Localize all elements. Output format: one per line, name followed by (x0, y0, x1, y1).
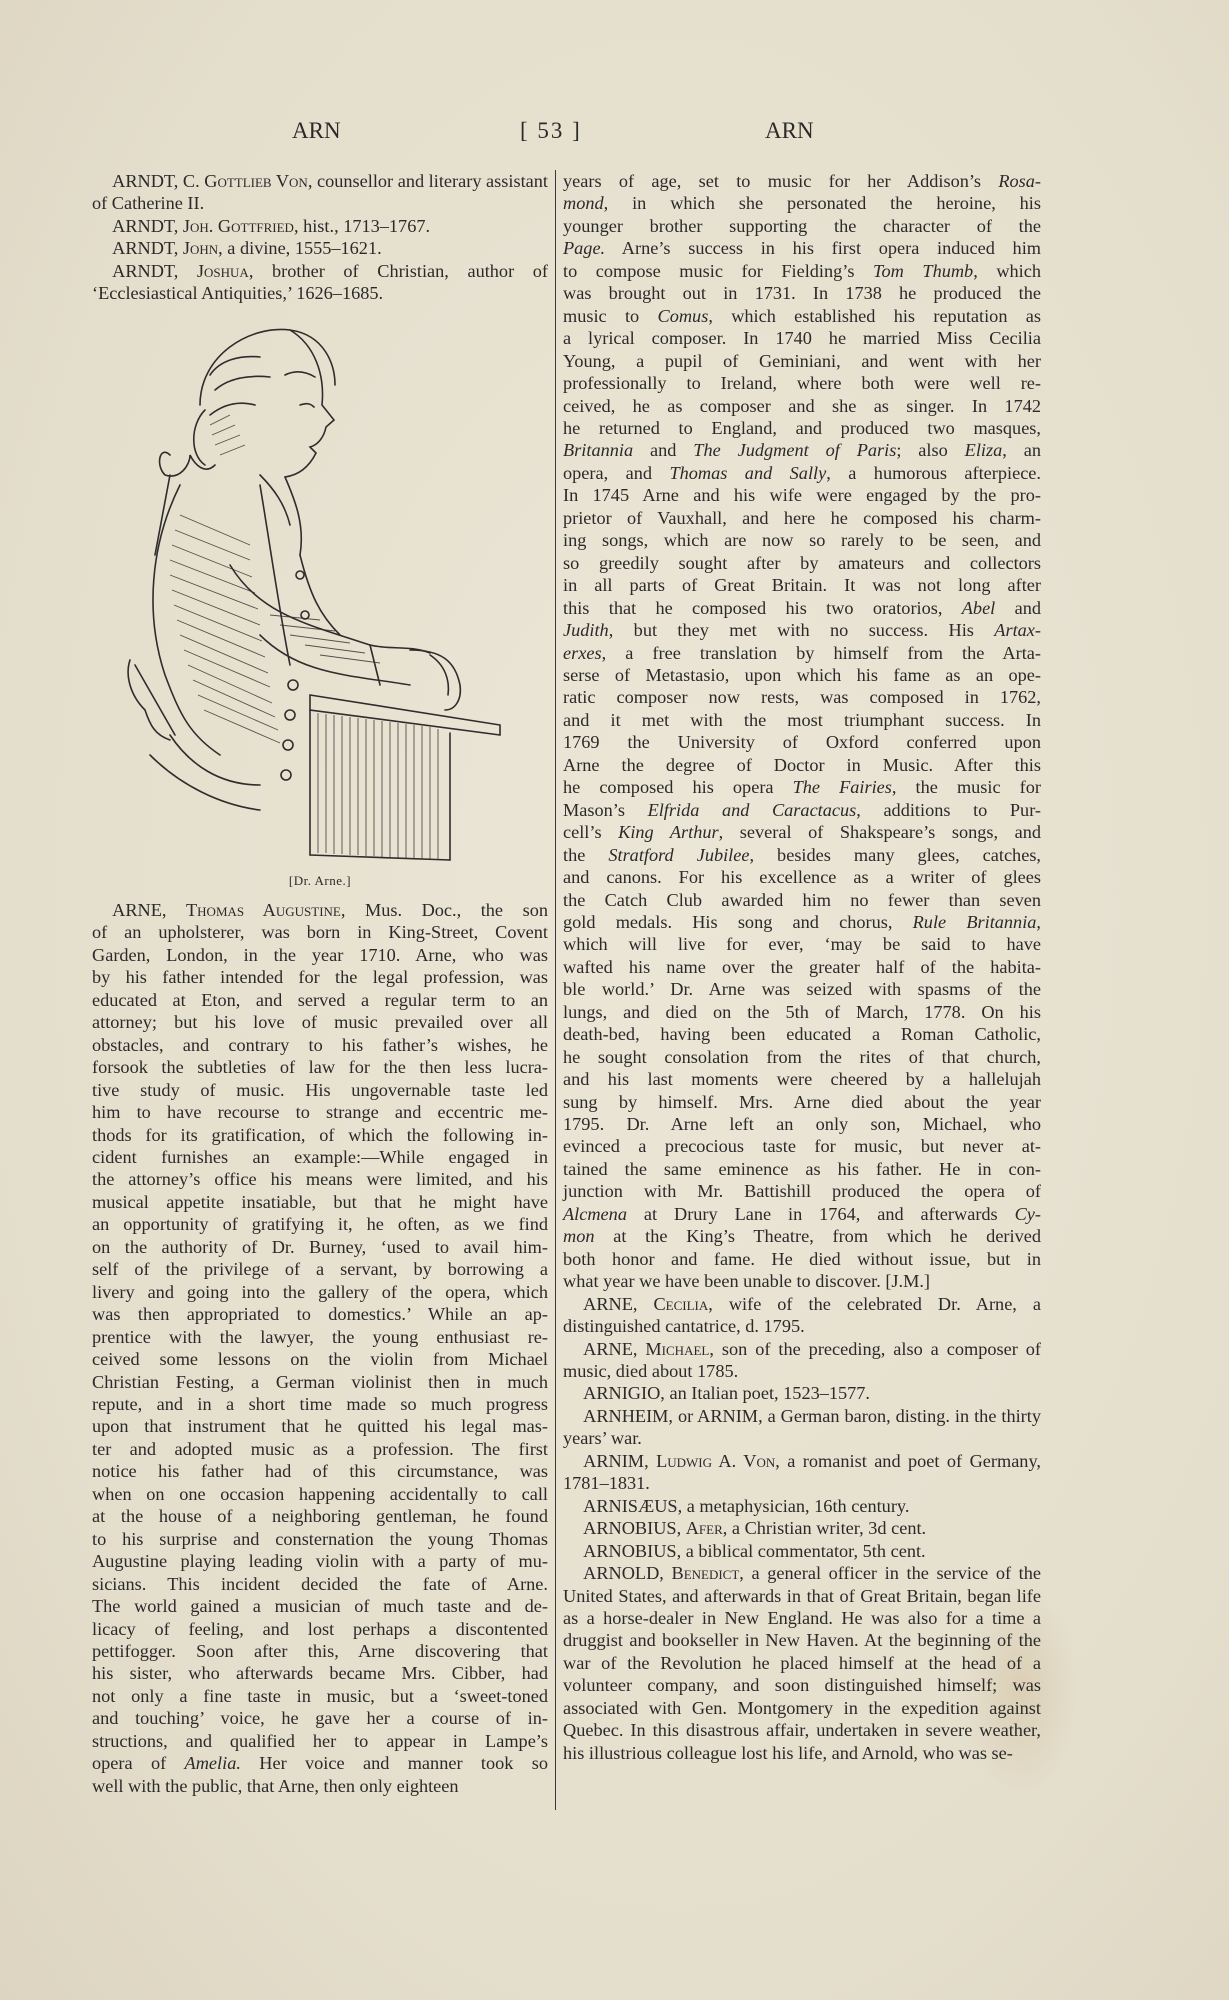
entry-text: death-bed, having been educated a Roman … (563, 1024, 1041, 1044)
entry-text: , several of Shakspeare’s songs, and (719, 822, 1041, 842)
entry-text: Young, a pupil of Geminiani, and went wi… (563, 351, 1041, 371)
entry-text: a divine, 1555–1621. (223, 238, 382, 258)
entry-text: Arne’s success in his first opera induce… (605, 238, 1041, 258)
text-line: when on one occasion happening accidenta… (92, 1483, 548, 1505)
text-line: well with the public, that Arne, then on… (92, 1775, 548, 1797)
text-line: which will live for ever, ‘may be said t… (563, 933, 1041, 955)
italic-title: Amelia. (185, 1753, 241, 1773)
text-line: was brought out in 1731. In 1738 he prod… (563, 282, 1041, 304)
text-line: ARNE, Thomas Augustine, Mus. Doc., the s… (92, 899, 548, 921)
text-line: ble world.’ Dr. Arne was seized with spa… (563, 978, 1041, 1000)
entry-text: ing songs, which are now so rarely to be… (563, 530, 1041, 550)
entry-text: , which (973, 261, 1041, 281)
entry-text: was brought out in 1731. In 1738 he prod… (563, 283, 1041, 303)
text-line: sung by himself. Mrs. Arne died about th… (563, 1091, 1041, 1113)
entry-text: ter and adopted music as a profession. T… (92, 1439, 548, 1459)
entry-text: forsook the subtleties of law for the th… (92, 1057, 548, 1077)
text-line: The world gained a musician of much tast… (92, 1595, 548, 1617)
entry-text: , in which she personated the heroine, h… (604, 193, 1041, 213)
entry-text: music to (563, 306, 658, 326)
entry-text: to compose music for Fielding’s (563, 261, 873, 281)
entry-text: the Catch Club awarded him no fewer than… (563, 890, 1041, 910)
entry-text: sicians. This incident decided the fate … (92, 1574, 548, 1594)
entry-text: sung by himself. Mrs. Arne died about th… (563, 1092, 1041, 1112)
entry-name: C. Gottlieb Von, (183, 171, 313, 191)
italic-title: mon (563, 1226, 594, 1246)
entry-text: ; also (896, 440, 964, 460)
italic-title: Elfrida and Caractacus (648, 800, 857, 820)
entry-text: notice his father had of this circumstan… (92, 1461, 548, 1481)
entry-headword: ARNE, (583, 1339, 645, 1359)
text-line: Augustine playing leading violin with a … (92, 1550, 548, 1572)
text-line: junction with Mr. Battishill produced th… (563, 1180, 1041, 1202)
dictionary-entry: ARNOBIUS, a biblical commentator, 5th ce… (563, 1540, 1041, 1562)
text-line: younger brother supporting the character… (563, 215, 1041, 237)
entry-text: ceived some lessons on the violin from M… (92, 1349, 548, 1369)
entry-text: Mus. Doc., the son (345, 900, 548, 920)
text-line: mon at the King’s Theatre, from which he… (563, 1225, 1041, 1247)
italic-title: Eliza (965, 440, 1003, 460)
text-line: Judith, but they met with no success. Hi… (563, 619, 1041, 641)
entry-text: and it met with the most triumphant succ… (563, 710, 1041, 730)
entry-text: well with the public, that Arne, then on… (92, 1776, 459, 1796)
entry-text: 1795. Dr. Arne left an only son, Michael… (563, 1114, 1041, 1134)
text-line: and canons. For his excellence as a writ… (563, 866, 1041, 888)
text-line: he composed his opera The Fairies, the m… (563, 776, 1041, 798)
text-line: was then appropriated to domestics.’ Whi… (92, 1303, 548, 1325)
entry-text: was then appropriated to domestics.’ Whi… (92, 1304, 548, 1324)
text-line: ceived some lessons on the violin from M… (92, 1348, 548, 1370)
text-line: Page. Arne’s success in his first opera … (563, 237, 1041, 259)
entry-text: , which established his reputation as (708, 306, 1041, 326)
entry-headword: ARNDT, (112, 216, 183, 236)
entry-text: he composed his opera (563, 777, 793, 797)
text-line: livery and going into the gallery of the… (92, 1281, 548, 1303)
text-line: evinced a precocious taste for music, bu… (563, 1135, 1041, 1157)
entry-text: younger brother supporting the character… (563, 216, 1041, 236)
italic-title: Britannia (563, 440, 633, 460)
italic-title: Thomas and Sally (669, 463, 826, 483)
entry-text: junction with Mr. Battishill produced th… (563, 1181, 1041, 1201)
dictionary-entry: ARNIGIO, an Italian poet, 1523–1577. (563, 1382, 1041, 1404)
text-line: both honor and fame. He died without iss… (563, 1248, 1041, 1270)
text-line: Christian Festing, a German violinist th… (92, 1371, 548, 1393)
entry-text: the attorney’s office his means were lim… (92, 1169, 548, 1189)
entry-headword: ARNISÆUS, (583, 1496, 687, 1516)
text-line: the Catch Club awarded him no fewer than… (563, 889, 1041, 911)
entry-text: opera of (92, 1753, 185, 1773)
entry-name: Ludwig A. Von, (656, 1451, 780, 1471)
entry-text: him to have recourse to strange and ecce… (92, 1102, 548, 1122)
entry-text: pettifogger. Soon after this, Arne disco… (92, 1641, 548, 1661)
page: ARN [ 53 ] ARN ARNDT, C. Gottlieb Von, c… (0, 0, 1229, 2000)
entry-headword: ARNDT, (112, 171, 183, 191)
entry-text: and (995, 598, 1041, 618)
entry-text: years of age, set to music for her Addis… (563, 171, 998, 191)
entry-headword: ARNIGIO, (583, 1383, 669, 1403)
entry-text: , a free translation by himself from the… (602, 643, 1041, 663)
entry-text: evinced a precocious taste for music, bu… (563, 1136, 1041, 1156)
right-column: years of age, set to music for her Addis… (563, 170, 1041, 1764)
text-line: he sought consolation from the rites of … (563, 1046, 1041, 1068)
entry-text: tive study of music. His ungovernable ta… (92, 1080, 548, 1100)
text-line: in all parts of Great Britain. It was no… (563, 574, 1041, 596)
text-line: tained the same eminence as his father. … (563, 1158, 1041, 1180)
text-line: wafted his name over the greater half of… (563, 956, 1041, 978)
dictionary-entry: ARNE, Michael, son of the preceding, als… (563, 1338, 1041, 1383)
text-line: the Stratford Jubilee, besides many glee… (563, 844, 1041, 866)
italic-title: mond (563, 193, 604, 213)
entry-text: he sought consolation from the rites of … (563, 1047, 1041, 1067)
entry-text: structions, and qualified her to appear … (92, 1731, 548, 1751)
text-line: ing songs, which are now so rarely to be… (563, 529, 1041, 551)
entry-text: cell’s (563, 822, 618, 842)
entry-text: Christian Festing, a German violinist th… (92, 1372, 548, 1392)
entry-text: an opportunity of gratifying it, he ofte… (92, 1214, 548, 1234)
text-line: his sister, who afterwards became Mrs. C… (92, 1662, 548, 1684)
entry-text: this that he composed his two oratorios, (563, 598, 962, 618)
entry-name: Thomas Augustine, (186, 900, 345, 920)
text-line: him to have recourse to strange and ecce… (92, 1101, 548, 1123)
dictionary-entry: ARNIM, Ludwig A. Von, a romanist and poe… (563, 1450, 1041, 1495)
entry-text: musical appetite insatiable, but that he… (92, 1192, 548, 1212)
entry-name: Michael, (645, 1339, 713, 1359)
entry-name: Benedict, (672, 1563, 744, 1583)
italic-title: Artax- (994, 620, 1041, 640)
text-line: death-bed, having been educated a Roman … (563, 1023, 1041, 1045)
text-line: music to Comus, which established his re… (563, 305, 1041, 327)
text-line: not only a fine taste in music, but a ‘s… (92, 1685, 548, 1707)
entry-text: Her voice and manner took so (241, 1753, 548, 1773)
text-line: Britannia and The Judgment of Paris; als… (563, 439, 1041, 461)
entry-text: prietor of Vauxhall, and here he compose… (563, 508, 1041, 528)
text-line: In 1745 Arne and his wife were engaged b… (563, 484, 1041, 506)
entry-text: what year we have been unable to discove… (563, 1271, 930, 1291)
italic-title: erxes (563, 643, 602, 663)
text-line: educated at Eton, and served a regular t… (92, 989, 548, 1011)
entry-text: not only a fine taste in music, but a ‘s… (92, 1686, 548, 1706)
entry-text: ceived, he as composer and she as singer… (563, 396, 1041, 416)
entry-text: so greedily sought after by amateurs and… (563, 553, 1041, 573)
text-line: what year we have been unable to discove… (563, 1270, 1041, 1292)
entry-text: the (563, 845, 608, 865)
text-line: 1769 the University of Oxford conferred … (563, 731, 1041, 753)
dictionary-entry: ARNDT, John, a divine, 1555–1621. (92, 237, 548, 259)
portrait-engraving-icon (110, 315, 510, 875)
entry-text: tained the same eminence as his father. … (563, 1159, 1041, 1179)
entry-text: a general officer in the service of the … (563, 1563, 1041, 1763)
entry-name: Joh. Gottfried, (183, 216, 299, 236)
italic-title: Page. (563, 238, 605, 258)
entry-text: educated at Eton, and served a regular t… (92, 990, 548, 1010)
entry-headword: ARNHEIM, or ARNIM, (583, 1406, 767, 1426)
entry-text: an Italian poet, 1523–1577. (669, 1383, 870, 1403)
italic-title: The Fairies (793, 777, 892, 797)
entry-headword: ARNOBIUS, (583, 1518, 686, 1538)
entry-text: Garden, London, in the year 1710. Arne, … (92, 945, 548, 965)
entry-text: professionally to Ireland, where both we… (563, 373, 1041, 393)
text-line: attorney; but his love of music prevaile… (92, 1011, 548, 1033)
entry-text: cident furnishes an example:—While engag… (92, 1147, 548, 1167)
italic-title: The Judgment of Paris (693, 440, 896, 460)
text-line: gold medals. His song and chorus, Rule B… (563, 911, 1041, 933)
entry-text: a metaphysician, 16th century. (687, 1496, 910, 1516)
dictionary-entry: ARNOLD, Benedict, a general officer in t… (563, 1562, 1041, 1764)
text-line: obstacles, and contrary to his father’s … (92, 1034, 548, 1056)
text-line: Young, a pupil of Geminiani, and went wi… (563, 350, 1041, 372)
entry-text: his sister, who afterwards became Mrs. C… (92, 1663, 548, 1683)
entry-text: on the authority of Dr. Burney, ‘used to… (92, 1237, 548, 1257)
text-line: Garden, London, in the year 1710. Arne, … (92, 944, 548, 966)
entry-text: , additions to Pur- (856, 800, 1041, 820)
entry-text: by his father intended for the legal pro… (92, 967, 548, 987)
entry-text: a Christian writer, 3d cent. (727, 1518, 926, 1538)
entry-text: hist., 1713–1767. (299, 216, 431, 236)
text-line: cell’s King Arthur, several of Shakspear… (563, 821, 1041, 843)
entry-text: licacy of feeling, and lost perhaps a di… (92, 1619, 548, 1639)
column-divider (555, 170, 556, 1810)
dictionary-entry: ARNOBIUS, Afer, a Christian writer, 3d c… (563, 1517, 1041, 1539)
entry-headword: ARNOBIUS, (583, 1541, 686, 1561)
entry-text: , an (1002, 440, 1041, 460)
entry-text: wafted his name over the greater half of… (563, 957, 1041, 977)
entry-text: Mason’s (563, 800, 648, 820)
text-line: professionally to Ireland, where both we… (563, 372, 1041, 394)
text-line: a lyrical composer. In 1740 he married M… (563, 327, 1041, 349)
text-line: erxes, a free translation by himself fro… (563, 642, 1041, 664)
entry-text: and (633, 440, 693, 460)
italic-title: Abel (962, 598, 996, 618)
text-line: notice his father had of this circumstan… (92, 1460, 548, 1482)
entry-text: in all parts of Great Britain. It was no… (563, 575, 1041, 595)
text-line: by his father intended for the legal pro… (92, 966, 548, 988)
entry-text: self of the privilege of a servant, by b… (92, 1259, 548, 1279)
text-line: opera, and Thomas and Sally, a humorous … (563, 462, 1041, 484)
text-line: ratic composer now rests, was composed i… (563, 686, 1041, 708)
text-line: thods for its gratification, of which th… (92, 1124, 548, 1146)
text-line: repute, and in a short time made so much… (92, 1393, 548, 1415)
entry-text: a lyrical composer. In 1740 he married M… (563, 328, 1041, 348)
text-line: licacy of feeling, and lost perhaps a di… (92, 1618, 548, 1640)
text-line: prentice with the lawyer, the young enth… (92, 1326, 548, 1348)
entry-text: In 1745 Arne and his wife were engaged b… (563, 485, 1041, 505)
entry-headword: ARNE, (583, 1294, 653, 1314)
text-line: ceived, he as composer and she as singer… (563, 395, 1041, 417)
text-line: serse of Metastasio, upon which his fame… (563, 664, 1041, 686)
text-line: pettifogger. Soon after this, Arne disco… (92, 1640, 548, 1662)
running-head: ARN [ 53 ] ARN (0, 118, 1229, 152)
entry-headword: ARNDT, (112, 238, 183, 258)
arne-thomas-entry: ARNE, Thomas Augustine, Mus. Doc., the s… (92, 899, 548, 1797)
entry-text: which will live for ever, ‘may be said t… (563, 934, 1041, 954)
italic-title: Alcmena (563, 1204, 627, 1224)
dictionary-entry: ARNISÆUS, a metaphysician, 16th century. (563, 1495, 1041, 1517)
entry-text: of an upholsterer, was born in King-Stre… (92, 922, 548, 942)
entry-text: at the King’s Theatre, from which he der… (594, 1226, 1041, 1246)
text-line: forsook the subtleties of law for the th… (92, 1056, 548, 1078)
text-line: Alcmena at Drury Lane in 1764, and after… (563, 1203, 1041, 1225)
entry-name: Afer, (686, 1518, 728, 1538)
entry-headword: ARNIM, (583, 1451, 656, 1471)
entry-text: prentice with the lawyer, the young enth… (92, 1327, 548, 1347)
text-line: on the authority of Dr. Burney, ‘used to… (92, 1236, 548, 1258)
entry-text: repute, and in a short time made so much… (92, 1394, 548, 1414)
text-line: the attorney’s office his means were lim… (92, 1168, 548, 1190)
entry-headword: ARNDT, (112, 261, 197, 281)
entry-text: gold medals. His song and chorus, (563, 912, 913, 932)
text-line: Arne the degree of Doctor in Music. Afte… (563, 754, 1041, 776)
entry-text: he returned to England, and produced two… (563, 418, 1041, 438)
entry-text: ble world.’ Dr. Arne was seized with spa… (563, 979, 1041, 999)
entry-text: 1769 the University of Oxford conferred … (563, 732, 1041, 752)
entry-name: John, (183, 238, 223, 258)
text-line: sicians. This incident decided the fate … (92, 1573, 548, 1595)
dictionary-entry: ARNHEIM, or ARNIM, a German baron, disti… (563, 1405, 1041, 1450)
text-line: opera of Amelia. Her voice and manner to… (92, 1752, 548, 1774)
entry-text: The world gained a musician of much tast… (92, 1596, 548, 1616)
page-number: [ 53 ] (520, 118, 582, 144)
text-line: so greedily sought after by amateurs and… (563, 552, 1041, 574)
entry-text: livery and going into the gallery of the… (92, 1282, 548, 1302)
entry-text: Augustine playing leading violin with a … (92, 1551, 548, 1571)
italic-title: Judith (563, 620, 609, 640)
text-line: years of age, set to music for her Addis… (563, 170, 1041, 192)
italic-title: Comus (658, 306, 709, 326)
entry-headword: ARNE, (112, 900, 186, 920)
text-line: of an upholsterer, was born in King-Stre… (92, 921, 548, 943)
text-line: self of the privilege of a servant, by b… (92, 1258, 548, 1280)
text-line: and his last moments were cheered by a h… (563, 1068, 1041, 1090)
text-line: he returned to England, and produced two… (563, 417, 1041, 439)
italic-title: Tom Thumb (873, 261, 973, 281)
italic-title: Stratford Jubilee (608, 845, 749, 865)
entry-name: Cecilia, (653, 1294, 712, 1314)
entry-text: attorney; but his love of music prevaile… (92, 1012, 548, 1032)
entry-text: ratic composer now rests, was composed i… (563, 687, 1041, 707)
entry-text: lungs, and died on the 5th of March, 177… (563, 1002, 1041, 1022)
text-line: 1795. Dr. Arne left an only son, Michael… (563, 1113, 1041, 1135)
text-line: at the house of a neighboring gentleman,… (92, 1505, 548, 1527)
italic-title: Cy- (1015, 1204, 1041, 1224)
text-line: cident furnishes an example:—While engag… (92, 1146, 548, 1168)
dictionary-entry: ARNDT, C. Gottlieb Von, counsellor and l… (92, 170, 548, 215)
entry-text: at Drury Lane in 1764, and afterwards (627, 1204, 1015, 1224)
text-line: Mason’s Elfrida and Caractacus, addition… (563, 799, 1041, 821)
text-line: musical appetite insatiable, but that he… (92, 1191, 548, 1213)
text-line: to his surprise and consternation the yo… (92, 1528, 548, 1550)
entry-text: Arne the degree of Doctor in Music. Afte… (563, 755, 1041, 775)
entry-text: opera, and (563, 463, 669, 483)
text-line: tive study of music. His ungovernable ta… (92, 1079, 548, 1101)
left-column-entries: ARNDT, C. Gottlieb Von, counsellor and l… (92, 170, 548, 305)
entry-text: and his last moments were cheered by a h… (563, 1069, 1041, 1089)
entry-text: , (1036, 912, 1041, 932)
text-line: to compose music for Fielding’s Tom Thum… (563, 260, 1041, 282)
italic-title: Rosa- (998, 171, 1041, 191)
text-line: and it met with the most triumphant succ… (563, 709, 1041, 731)
entry-name: Joshua, (197, 261, 253, 281)
text-line: upon that instrument that he quitted his… (92, 1415, 548, 1437)
portrait-caption: [Dr. Arne.] (0, 873, 640, 889)
running-head-left: ARN (292, 118, 341, 144)
text-line: and touching’ voice, he gave her a cours… (92, 1707, 548, 1729)
text-line: ter and adopted music as a profession. T… (92, 1438, 548, 1460)
entry-text: and canons. For his excellence as a writ… (563, 867, 1041, 887)
entry-text: when on one occasion happening accidenta… (92, 1484, 548, 1504)
dictionary-entry: ARNDT, Joshua, brother of Christian, aut… (92, 260, 548, 305)
italic-title: King Arthur (618, 822, 719, 842)
entry-text: , but they met with no success. His (609, 620, 995, 640)
entry-text: at the house of a neighboring gentleman,… (92, 1506, 548, 1526)
text-line: structions, and qualified her to appear … (92, 1730, 548, 1752)
entry-text: both honor and fame. He died without iss… (563, 1249, 1041, 1269)
entry-text: upon that instrument that he quitted his… (92, 1416, 548, 1436)
entry-text: to his surprise and consternation the yo… (92, 1529, 548, 1549)
entry-text: and touching’ voice, he gave her a cours… (92, 1708, 548, 1728)
entry-text: obstacles, and contrary to his father’s … (92, 1035, 548, 1055)
entry-text: , besides many glees, catches, (749, 845, 1041, 865)
entry-text: , a humorous afterpiece. (826, 463, 1041, 483)
running-head-right: ARN (765, 118, 814, 144)
entry-text: , the music for (892, 777, 1041, 797)
text-line: prietor of Vauxhall, and here he compose… (563, 507, 1041, 529)
entry-text: thods for its gratification, of which th… (92, 1125, 548, 1145)
text-line: mond, in which she personated the heroin… (563, 192, 1041, 214)
entry-text: a biblical commentator, 5th cent. (686, 1541, 926, 1561)
dictionary-entry: ARNDT, Joh. Gottfried, hist., 1713–1767. (92, 215, 548, 237)
text-line: this that he composed his two oratorios,… (563, 597, 1041, 619)
text-line: lungs, and died on the 5th of March, 177… (563, 1001, 1041, 1023)
dictionary-entry: ARNE, Cecilia, wife of the celebrated Dr… (563, 1293, 1041, 1338)
italic-title: Rule Britannia (913, 912, 1037, 932)
entry-headword: ARNOLD, (583, 1563, 671, 1583)
text-line: an opportunity of gratifying it, he ofte… (92, 1213, 548, 1235)
entry-text: serse of Metastasio, upon which his fame… (563, 665, 1041, 685)
